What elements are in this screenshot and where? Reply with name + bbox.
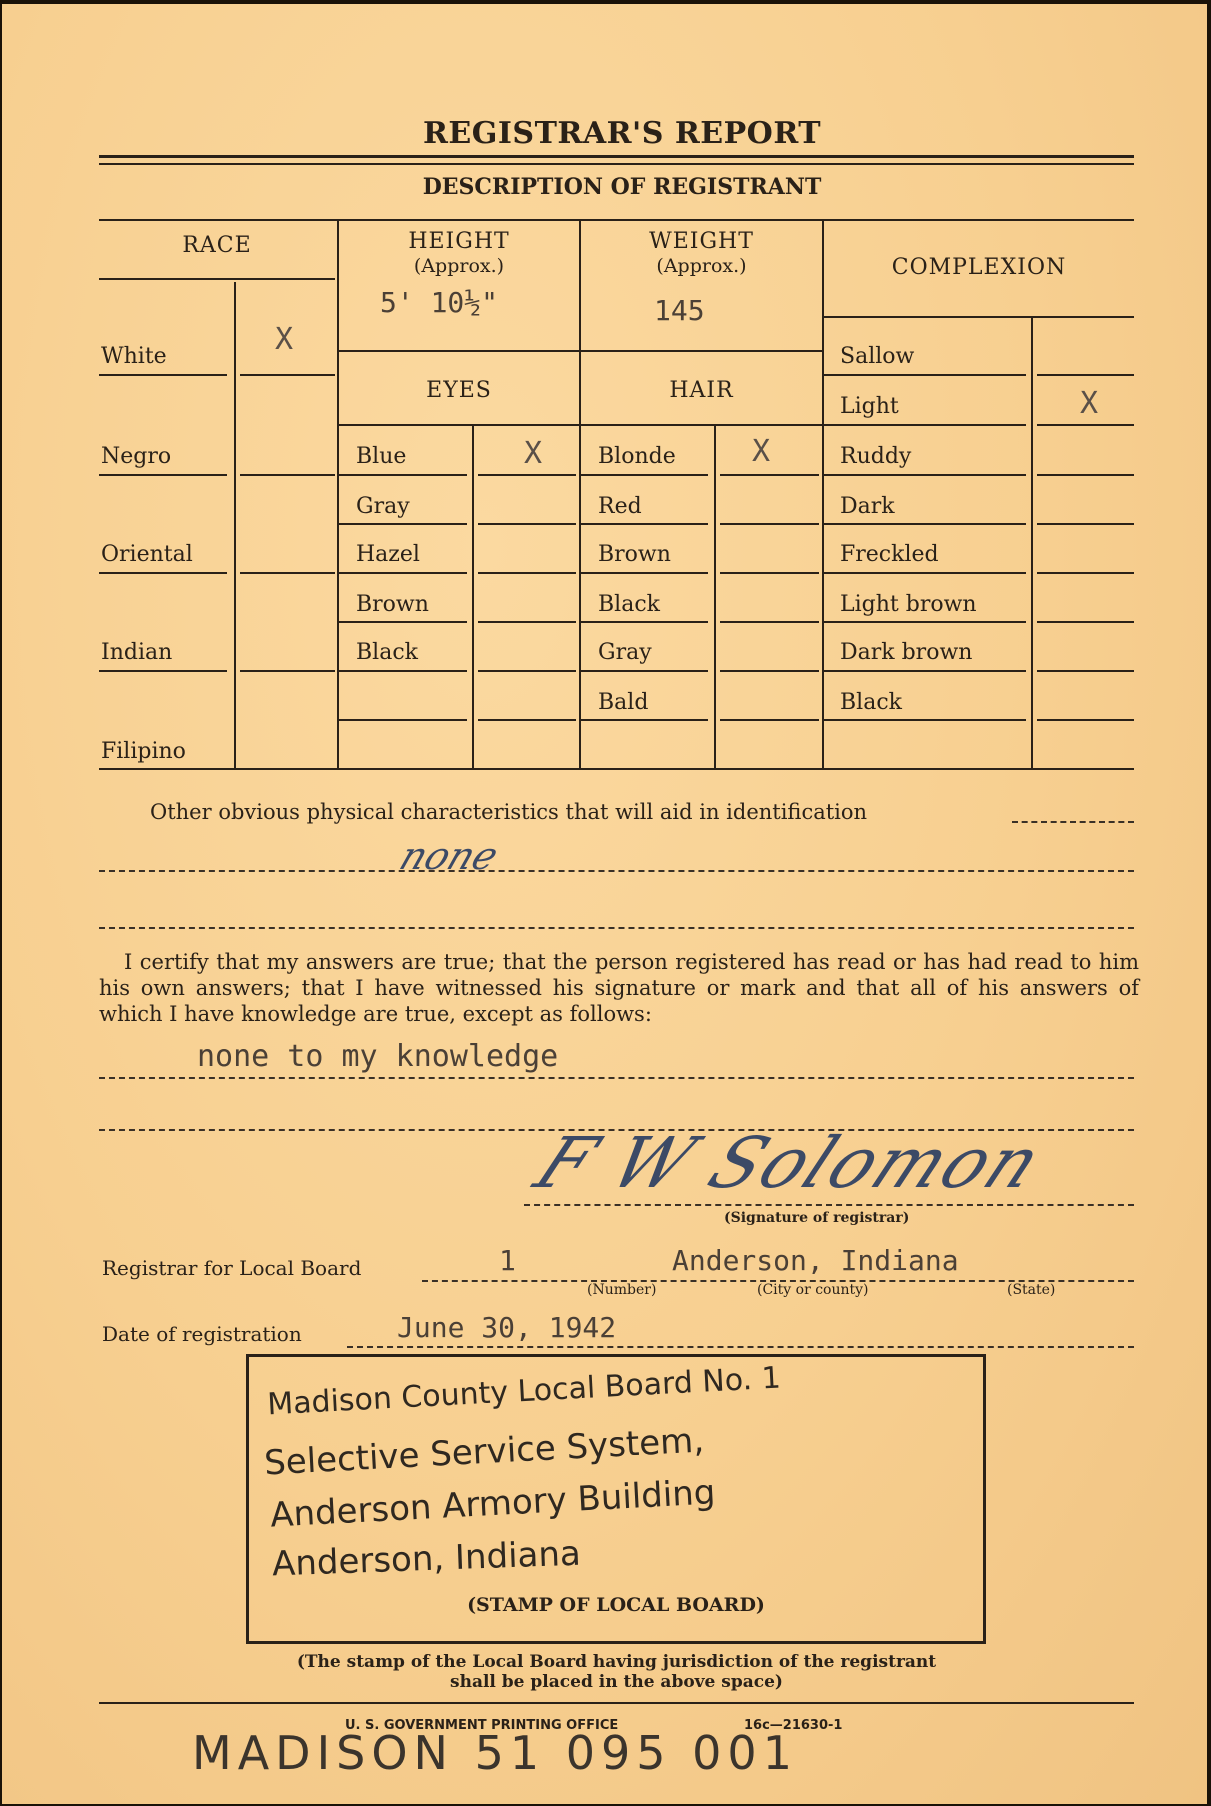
row-rule <box>720 719 819 721</box>
row-rule <box>99 374 227 376</box>
row-rule <box>720 670 819 672</box>
row-rule <box>339 670 467 672</box>
race-option-white[interactable]: White <box>101 344 167 369</box>
row-rule <box>1037 621 1134 623</box>
row-rule <box>720 474 819 476</box>
weight-rule <box>581 350 822 352</box>
col-divider <box>579 219 581 769</box>
hair-option-gray[interactable]: Gray <box>598 640 652 665</box>
date-field-line <box>347 1346 1134 1348</box>
row-rule <box>478 474 576 476</box>
complexion-option-sallow[interactable]: Sallow <box>840 344 914 369</box>
page-title: REGISTRAR'S REPORT <box>2 116 1211 151</box>
table-top-rule <box>99 219 1134 221</box>
local-board-number[interactable]: 1 <box>499 1244 516 1277</box>
stamp-note: (The stamp of the Local Board having jur… <box>99 1652 1134 1692</box>
other-characteristics-label: Other obvious physical characteristics t… <box>150 799 867 825</box>
row-rule <box>240 374 335 376</box>
registrar-signature[interactable]: F W Solomon <box>523 1122 1057 1204</box>
row-rule <box>720 572 819 574</box>
row-rule <box>339 572 467 574</box>
hair-header: HAIR <box>581 379 822 403</box>
registration-card: REGISTRAR'S REPORT DESCRIPTION OF REGIST… <box>2 4 1207 1804</box>
col-divider <box>714 424 716 769</box>
complexion-light-mark[interactable]: X <box>1080 386 1098 421</box>
row-rule <box>1037 374 1134 376</box>
hair-option-brown[interactable]: Brown <box>598 542 671 567</box>
weight-header: WEIGHT (Approx.) <box>581 230 822 278</box>
hair-option-blonde[interactable]: Blonde <box>598 444 676 469</box>
weight-value: 145 <box>654 294 705 327</box>
other-characteristics-value[interactable]: none <box>394 834 504 878</box>
race-option-filipino[interactable]: Filipino <box>101 739 186 764</box>
row-rule <box>240 474 335 476</box>
row-rule <box>1037 572 1134 574</box>
eyes-hair-header-rule <box>339 424 822 426</box>
signature-caption: (Signature of registrar) <box>724 1210 909 1226</box>
caption-state: (State) <box>1007 1282 1055 1298</box>
col-divider <box>1031 316 1033 769</box>
hair-option-black[interactable]: Black <box>598 592 660 617</box>
row-rule <box>824 670 1026 672</box>
hair-option-bald[interactable]: Bald <box>598 690 648 715</box>
row-rule <box>720 621 819 623</box>
dotted-line <box>99 927 1134 929</box>
complexion-option-ruddy[interactable]: Ruddy <box>840 444 911 469</box>
title-rule-top <box>99 155 1134 158</box>
certification-exceptions[interactable]: none to my knowledge <box>197 1039 558 1074</box>
hair-option-red[interactable]: Red <box>598 494 642 519</box>
row-rule <box>339 523 467 525</box>
row-rule <box>824 621 1026 623</box>
title-rule-bottom <box>99 163 1134 165</box>
complexion-option-freckled[interactable]: Freckled <box>840 542 939 567</box>
row-rule <box>581 523 708 525</box>
row-rule <box>581 572 708 574</box>
height-rule <box>339 350 579 352</box>
complexion-header: COMPLEXION <box>824 256 1134 280</box>
row-rule <box>99 474 227 476</box>
local-board-city-state[interactable]: Anderson, Indiana <box>672 1244 959 1277</box>
row-rule <box>824 572 1026 574</box>
eyes-option-black[interactable]: Black <box>356 640 418 665</box>
complexion-option-light[interactable]: Light <box>840 394 899 419</box>
certification-text: I certify that my answers are true; that… <box>99 949 1139 1027</box>
row-rule <box>478 621 576 623</box>
row-rule <box>478 670 576 672</box>
race-option-oriental[interactable]: Oriental <box>101 542 193 567</box>
eyes-blue-mark[interactable]: X <box>524 436 542 471</box>
exceptions-field-line <box>99 1077 1134 1079</box>
row-rule <box>240 670 335 672</box>
table-bottom-rule <box>99 768 1134 770</box>
height-header: HEIGHT (Approx.) <box>339 230 579 278</box>
race-option-indian[interactable]: Indian <box>101 640 172 665</box>
eyes-option-gray[interactable]: Gray <box>356 494 410 519</box>
row-rule <box>1037 719 1134 721</box>
row-rule <box>478 523 576 525</box>
stamp-caption: (STAMP OF LOCAL BOARD) <box>246 1594 986 1616</box>
hair-blonde-mark[interactable]: X <box>752 434 770 469</box>
row-rule <box>99 670 227 672</box>
row-rule <box>581 719 708 721</box>
caption-number: (Number) <box>587 1282 656 1298</box>
col-divider <box>472 424 474 769</box>
date-value[interactable]: June 30, 1942 <box>397 1311 616 1344</box>
row-rule <box>339 719 467 721</box>
row-rule <box>824 474 1026 476</box>
signature-line <box>524 1204 1134 1206</box>
eyes-option-brown[interactable]: Brown <box>356 592 429 617</box>
col-divider <box>234 282 236 769</box>
race-header-rule <box>99 278 335 280</box>
row-rule <box>1037 474 1134 476</box>
row-rule <box>824 374 1026 376</box>
eyes-option-blue[interactable]: Blue <box>356 444 406 469</box>
row-rule <box>581 670 708 672</box>
race-white-mark[interactable]: X <box>275 322 293 357</box>
row-rule <box>824 719 1026 721</box>
row-rule <box>478 719 576 721</box>
section-title: DESCRIPTION OF REGISTRANT <box>2 174 1211 200</box>
other-characteristics-field-line <box>99 870 1134 872</box>
row-rule <box>99 572 227 574</box>
date-label: Date of registration <box>102 1322 302 1346</box>
row-rule <box>1037 424 1134 426</box>
county-serial-stamp: MADISON 51 095 001 <box>192 1726 798 1780</box>
complexion-option-dark[interactable]: Dark <box>840 494 895 519</box>
row-rule <box>339 621 467 623</box>
complexion-option-light-brown[interactable]: Light brown <box>840 592 977 617</box>
footer-rule <box>99 1702 1134 1704</box>
caption-city: (City or county) <box>757 1282 869 1298</box>
row-rule <box>1037 523 1134 525</box>
local-board-label: Registrar for Local Board <box>102 1256 361 1280</box>
row-rule <box>720 523 819 525</box>
race-header: RACE <box>99 234 335 258</box>
row-rule <box>581 621 708 623</box>
col-divider <box>337 219 339 769</box>
row-rule <box>339 474 467 476</box>
eyes-header: EYES <box>339 379 579 403</box>
col-divider <box>822 219 824 769</box>
complexion-option-dark-brown[interactable]: Dark brown <box>840 640 972 665</box>
complexion-option-black[interactable]: Black <box>840 690 902 715</box>
row-rule <box>581 474 708 476</box>
eyes-option-hazel[interactable]: Hazel <box>356 542 420 567</box>
row-rule <box>824 523 1026 525</box>
row-rule <box>478 572 576 574</box>
row-rule <box>240 572 335 574</box>
height-value: 5' 10½" <box>380 286 498 319</box>
dotted-line <box>1012 821 1134 823</box>
row-rule <box>1037 670 1134 672</box>
row-rule <box>824 424 1026 426</box>
complexion-header-rule <box>824 316 1134 318</box>
race-option-negro[interactable]: Negro <box>101 444 171 469</box>
